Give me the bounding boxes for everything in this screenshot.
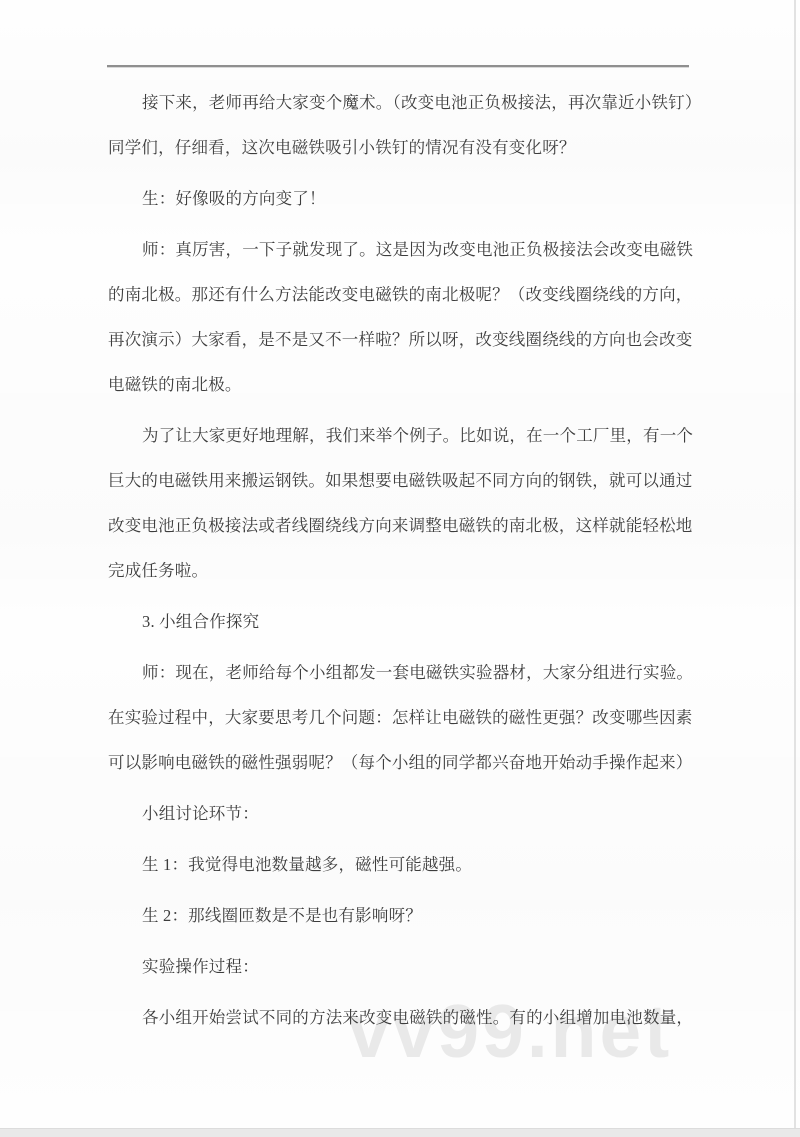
paragraph: 师：真厉害，一下子就发现了。这是因为改变电池正负极接法会改变电磁铁 的南北极。那…: [108, 227, 690, 407]
text-line: 小组讨论环节：: [108, 791, 690, 836]
paragraph: 生：好像吸的方向变了！: [108, 176, 690, 221]
paragraph: 生 2：那线圈匝数是不是也有影响呀？: [108, 893, 690, 938]
paragraph: 为了让大家更好地理解，我们来举个例子。比如说，在一个工厂里，有一个 巨大的电磁铁…: [108, 413, 690, 593]
paragraph-section-heading: 3. 小组合作探究: [108, 599, 690, 644]
paragraph: 实验操作过程：: [108, 944, 690, 989]
text-line: 再次演示）大家看，是不是又不一样啦？所以呀，改变线圈绕线的方向也会改变: [108, 317, 690, 362]
document-page: vv99.net 接下来，老师再给大家变个魔术。（改变电池正负极接法，再次靠近小…: [0, 0, 800, 1137]
text-line: 各小组开始尝试不同的方法来改变电磁铁的磁性。有的小组增加电池数量，: [108, 995, 690, 1040]
text-line: 实验操作过程：: [108, 944, 690, 989]
document-body: 接下来，老师再给大家变个魔术。（改变电池正负极接法，再次靠近小铁钉） 同学们，仔…: [108, 80, 690, 1046]
text-line: 巨大的电磁铁用来搬运钢铁。如果想要电磁铁吸起不同方向的钢铁，就可以通过: [108, 458, 690, 503]
text-line: 完成任务啦。: [108, 548, 690, 593]
text-line: 生：好像吸的方向变了！: [108, 176, 690, 221]
paragraph: 小组讨论环节：: [108, 791, 690, 836]
text-line: 3. 小组合作探究: [108, 599, 690, 644]
paragraph: 生 1：我觉得电池数量越多，磁性可能越强。: [108, 842, 690, 887]
text-line: 师：真厉害，一下子就发现了。这是因为改变电池正负极接法会改变电磁铁: [108, 227, 690, 272]
text-line: 可以影响电磁铁的磁性强弱呢？（每个小组的同学都兴奋地开始动手操作起来）: [108, 740, 690, 785]
paragraph: 师：现在，老师给每个小组都发一套电磁铁实验器材，大家分组进行实验。 在实验过程中…: [108, 650, 690, 785]
page-bottom-edge: [0, 1128, 800, 1137]
text-line: 改变电池正负极接法或者线圈绕线方向来调整电磁铁的南北极，这样就能轻松地: [108, 503, 690, 548]
text-line: 的南北极。那还有什么方法能改变电磁铁的南北极呢？（改变线圈绕线的方向，: [108, 272, 690, 317]
text-line: 接下来，老师再给大家变个魔术。（改变电池正负极接法，再次靠近小铁钉）: [108, 80, 690, 125]
text-line: 师：现在，老师给每个小组都发一套电磁铁实验器材，大家分组进行实验。: [108, 650, 690, 695]
text-line: 在实验过程中，大家要思考几个问题：怎样让电磁铁的磁性更强？改变哪些因素: [108, 695, 690, 740]
page-right-edge: [794, 0, 796, 1137]
text-line: 同学们，仔细看，这次电磁铁吸引小铁钉的情况有没有变化呀？: [108, 125, 690, 170]
text-line: 生 2：那线圈匝数是不是也有影响呀？: [108, 893, 690, 938]
header-rule: [107, 65, 689, 68]
text-line: 生 1：我觉得电池数量越多，磁性可能越强。: [108, 842, 690, 887]
paragraph: 各小组开始尝试不同的方法来改变电磁铁的磁性。有的小组增加电池数量，: [108, 995, 690, 1040]
text-line: 电磁铁的南北极。: [108, 362, 690, 407]
text-line: 为了让大家更好地理解，我们来举个例子。比如说，在一个工厂里，有一个: [108, 413, 690, 458]
paragraph: 接下来，老师再给大家变个魔术。（改变电池正负极接法，再次靠近小铁钉） 同学们，仔…: [108, 80, 690, 170]
